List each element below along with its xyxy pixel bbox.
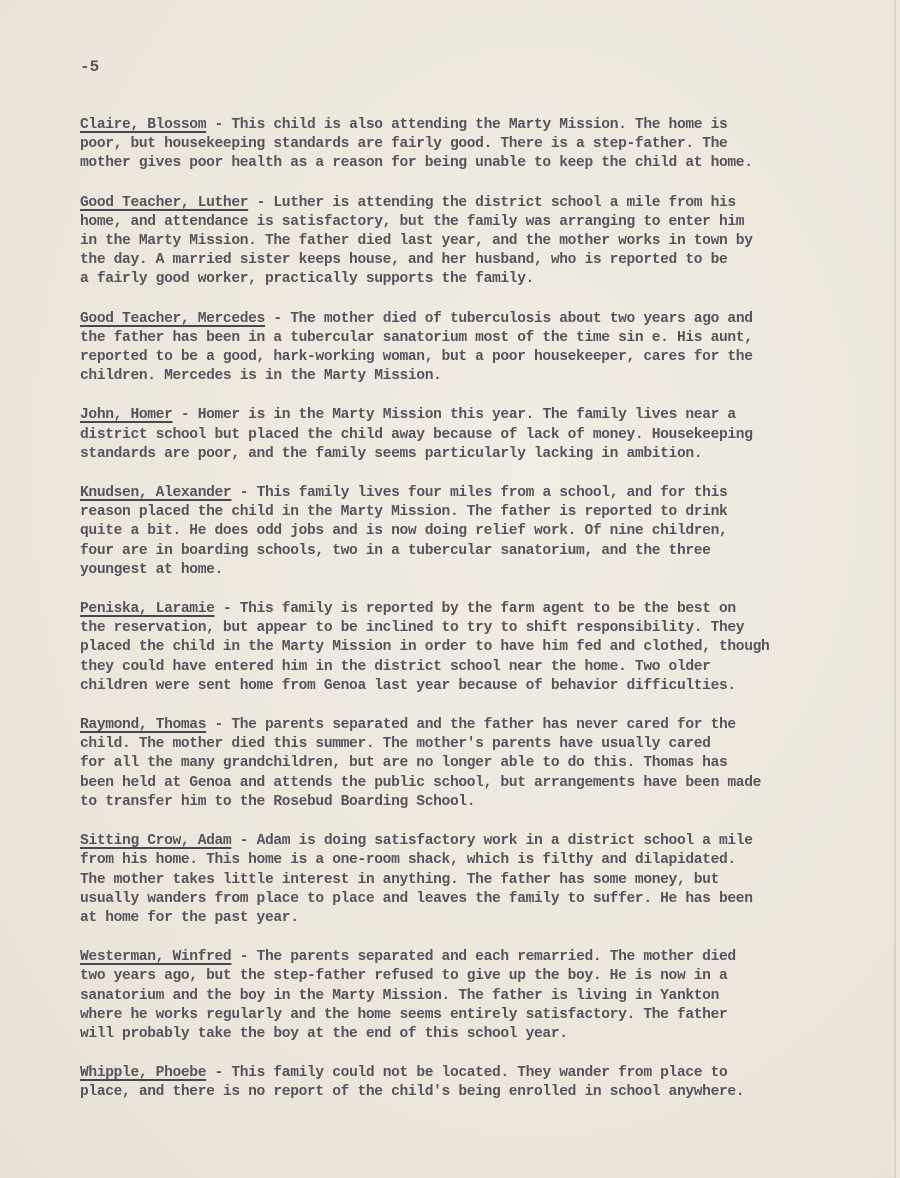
entry-name: Westerman, Winfred [80,949,231,965]
entry-separator: - [206,117,231,133]
entry-separator: - [231,485,256,501]
entry-name: Whipple, Phoebe [80,1065,206,1081]
entry-name: Peniska, Laramie [80,601,215,617]
case-entry: Good Teacher, Mercedes - The mother died… [80,310,860,387]
page-number: -5 [80,58,99,76]
entry-separator: - [173,407,198,423]
entry-separator: - [231,833,256,849]
case-entry: John, Homer - Homer is in the Marty Miss… [80,406,860,464]
entry-separator: - [215,601,240,617]
case-entry: Whipple, Phoebe - This family could not … [80,1064,860,1102]
entry-name: Sitting Crow, Adam [80,833,231,849]
entry-separator: - [265,311,290,327]
case-entries-list: Claire, Blossom - This child is also att… [80,116,860,1123]
entry-name: John, Homer [80,407,173,423]
case-entry: Good Teacher, Luther - Luther is attendi… [80,194,860,290]
case-entry: Raymond, Thomas - The parents separated … [80,716,860,812]
entry-name: Claire, Blossom [80,117,206,133]
entry-name: Knudsen, Alexander [80,485,231,501]
entry-name: Raymond, Thomas [80,717,206,733]
case-entry: Westerman, Winfred - The parents separat… [80,948,860,1044]
entry-name: Good Teacher, Mercedes [80,311,265,327]
entry-separator: - [231,949,256,965]
entry-name: Good Teacher, Luther [80,195,248,211]
case-entry: Claire, Blossom - This child is also att… [80,116,860,174]
entry-separator: - [248,195,273,211]
entry-separator: - [206,1065,231,1081]
case-entry: Peniska, Laramie - This family is report… [80,600,860,696]
case-entry: Knudsen, Alexander - This family lives f… [80,484,860,580]
typewritten-page: -5 Claire, Blossom - This child is also … [0,0,896,1178]
entry-separator: - [206,717,231,733]
case-entry: Sitting Crow, Adam - Adam is doing satis… [80,832,860,928]
